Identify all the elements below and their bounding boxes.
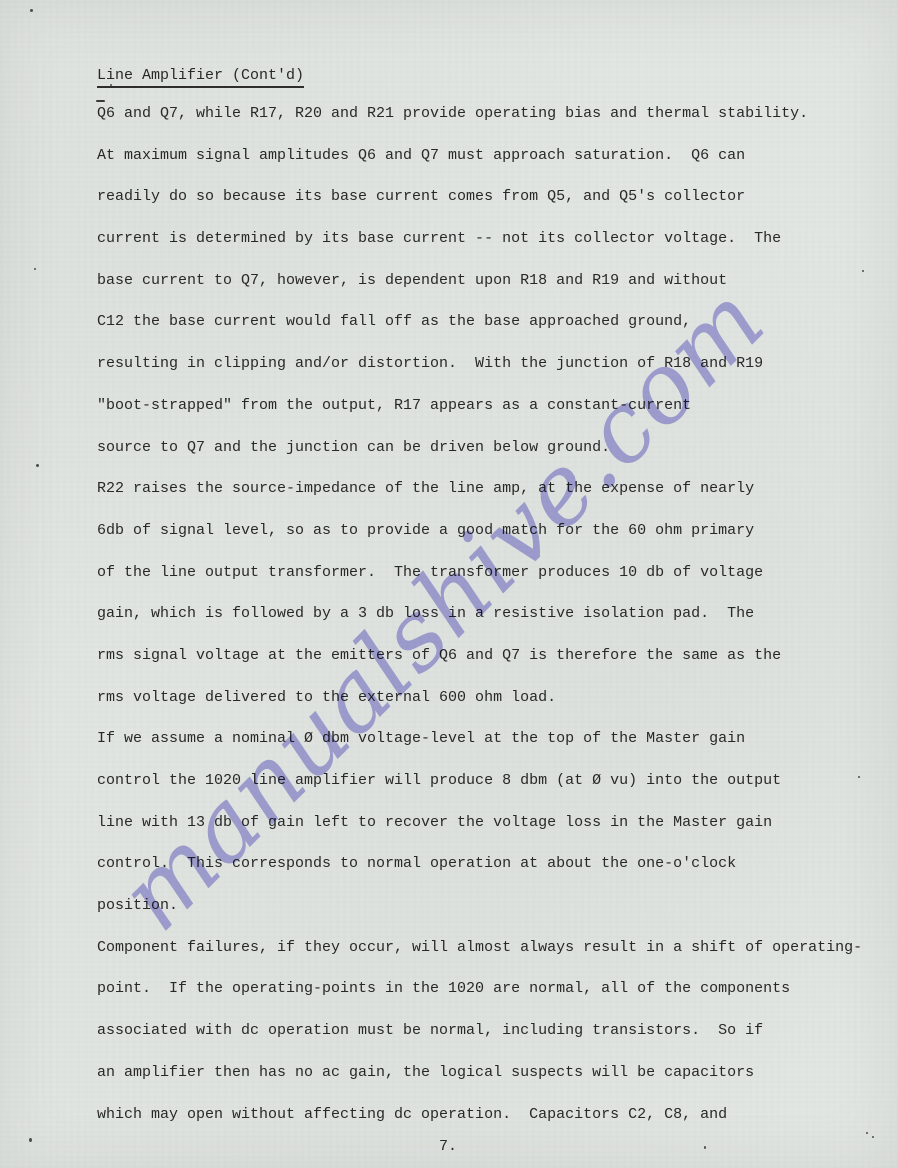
text-line: C12 the base current would fall off as t… bbox=[97, 301, 888, 343]
text-line: control the 1020 line amplifier will pro… bbox=[97, 760, 888, 802]
text-line: of the line output transformer. The tran… bbox=[97, 552, 888, 594]
text-line: At maximum signal amplitudes Q6 and Q7 m… bbox=[97, 135, 888, 177]
text-line: R22 raises the source-impedance of the l… bbox=[97, 468, 888, 510]
text-line: Q6 and Q7, while R17, R20 and R21 provid… bbox=[97, 93, 888, 135]
text-line: gain, which is followed by a 3 db loss i… bbox=[97, 593, 888, 635]
page-number: 7. bbox=[439, 1138, 457, 1155]
text-line: resulting in clipping and/or distortion.… bbox=[97, 343, 888, 385]
scan-speck bbox=[30, 9, 33, 12]
text-line: rms voltage delivered to the external 60… bbox=[97, 677, 888, 719]
text-line: point. If the operating-points in the 10… bbox=[97, 968, 888, 1010]
text-line: position. bbox=[97, 885, 888, 927]
text-line: 6db of signal level, so as to provide a … bbox=[97, 510, 888, 552]
scan-speck bbox=[858, 776, 860, 778]
text-line: source to Q7 and the junction can be dri… bbox=[97, 427, 888, 469]
text-line: an amplifier then has no ac gain, the lo… bbox=[97, 1052, 888, 1094]
scan-speck bbox=[866, 1132, 868, 1134]
text-line: If we assume a nominal Ø dbm voltage-lev… bbox=[97, 718, 888, 760]
text-line: associated with dc operation must be nor… bbox=[97, 1010, 888, 1052]
text-line: "boot-strapped" from the output, R17 app… bbox=[97, 385, 888, 427]
scan-speck bbox=[862, 270, 864, 272]
scan-speck bbox=[110, 84, 112, 86]
text-line: control. This corresponds to normal oper… bbox=[97, 843, 888, 885]
text-line: which may open without affecting dc oper… bbox=[97, 1094, 888, 1136]
text-line: current is determined by its base curren… bbox=[97, 218, 888, 260]
text-line: rms signal voltage at the emitters of Q6… bbox=[97, 635, 888, 677]
text-line: readily do so because its base current c… bbox=[97, 176, 888, 218]
scan-speck bbox=[34, 268, 36, 270]
scan-speck bbox=[872, 1136, 874, 1138]
scan-speck bbox=[704, 1146, 706, 1149]
document-body: Q6 and Q7, while R17, R20 and R21 provid… bbox=[97, 93, 888, 1135]
text-line: base current to Q7, however, is dependen… bbox=[97, 260, 888, 302]
text-line: Component failures, if they occur, will … bbox=[97, 927, 888, 969]
scan-speck bbox=[36, 464, 39, 467]
scanned-page: manualshive.com Line Amplifier (Cont'd) … bbox=[0, 0, 898, 1168]
scan-speck bbox=[29, 1138, 32, 1142]
text-line: line with 13 db of gain left to recover … bbox=[97, 802, 888, 844]
document-heading: Line Amplifier (Cont'd) bbox=[97, 67, 304, 88]
